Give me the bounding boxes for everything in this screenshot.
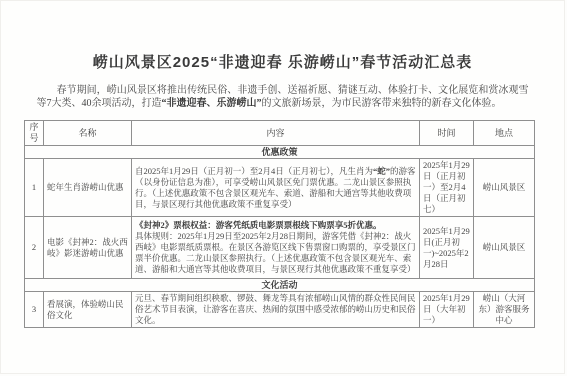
section-row-cultural-activities: 文化活动 [25,279,535,292]
content-text-1: 自2025年1月29日（正月初一）至2月4日（正月初七），凡生肖为 [135,166,373,176]
table-header-row: 序号 名称 内容 时间 地点 [25,121,535,146]
header-cell-time: 时间 [420,121,474,146]
cell-no: 3 [25,292,44,328]
table-row: 1 蛇年生肖游崂山优惠 自2025年1月29日（正月初一）至2月4日（正月初七）… [25,159,535,217]
activities-table: 序号 名称 内容 时间 地点 优惠政策 1 蛇年生肖游崂山优惠 自2025年1月… [24,120,535,328]
cell-time: 2025年1月29日（正月初一）至2月4日（正月初七） [420,159,474,217]
cell-content: 《封神2》票根权益：游客凭纸质电影票票根线下购票享5折优惠。具体规则：2025年… [132,217,420,279]
table-row: 3 看展演，体验崂山民俗文化 元旦、春节期间组织秧歌、锣鼓、舞龙等具有浓郁崂山风… [25,292,535,328]
cell-name: 电影《封神2：战火西岐》影迷游崂山优惠 [44,217,132,279]
cell-location: 崂山风景区 [474,217,535,279]
content-body: 具体规则：2025年1月29日至2025年2月28日期间，游客凭借《封神2：战火… [135,231,416,274]
section-title: 文化活动 [25,279,535,292]
content-text-bold: “蛇” [373,166,390,176]
header-cell-location: 地点 [474,121,535,146]
section-title: 优惠政策 [25,146,535,159]
cell-time: 2025年1月29日（大年初一） [420,292,474,328]
cell-time: 2025年1月29日(正月初一)~2025年2月28日 [420,217,474,279]
header-cell-no: 序号 [25,121,44,146]
cell-location: 崂山（大河东）游客服务中心 [474,292,535,328]
cell-content: 元旦、春节期间组织秧歌、锣鼓、舞龙等具有浓郁崂山风情的群众性民间民俗艺术节目表演… [132,292,420,328]
cell-content: 自2025年1月29日（正月初一）至2月4日（正月初七），凡生肖为“蛇”的游客（… [132,159,420,217]
content-body: 元旦、春节期间组织秧歌、锣鼓、舞龙等具有浓郁崂山风情的群众性民间民俗艺术节目表演… [135,293,416,325]
cell-location: 崂山风景区 [474,159,535,217]
cell-no: 2 [25,217,44,279]
intro-text-bold: “非遗迎春、乐游崂山” [162,98,262,109]
header-cell-content: 内容 [132,121,420,146]
intro-text-2: 的文旅新场景，为市民游客带来独特的新春文化体验。 [262,98,502,109]
cell-no: 1 [25,159,44,217]
cell-name: 看展演，体验崂山民俗文化 [44,292,132,328]
page-title: 崂山风景区2025“非遗迎春 乐游崂山”春节活动汇总表 [1,51,564,72]
section-row-discount-policy: 优惠政策 [25,146,535,159]
intro-paragraph: 春节期间，崂山风景区将推出传统民俗、非遗手创、送福祈愿、猜谜互动、体验打卡、文化… [37,85,529,110]
cell-name: 蛇年生肖游崂山优惠 [44,159,132,217]
table-row: 2 电影《封神2：战火西岐》影迷游崂山优惠 《封神2》票根权益：游客凭纸质电影票… [25,217,535,279]
content-bold-line: 《封神2》票根权益：游客凭纸质电影票票根线下购票享5折优惠。 [135,220,382,230]
document-page: 崂山风景区2025“非遗迎春 乐游崂山”春节活动汇总表 春节期间，崂山风景区将推… [0,0,565,374]
header-cell-name: 名称 [44,121,132,146]
